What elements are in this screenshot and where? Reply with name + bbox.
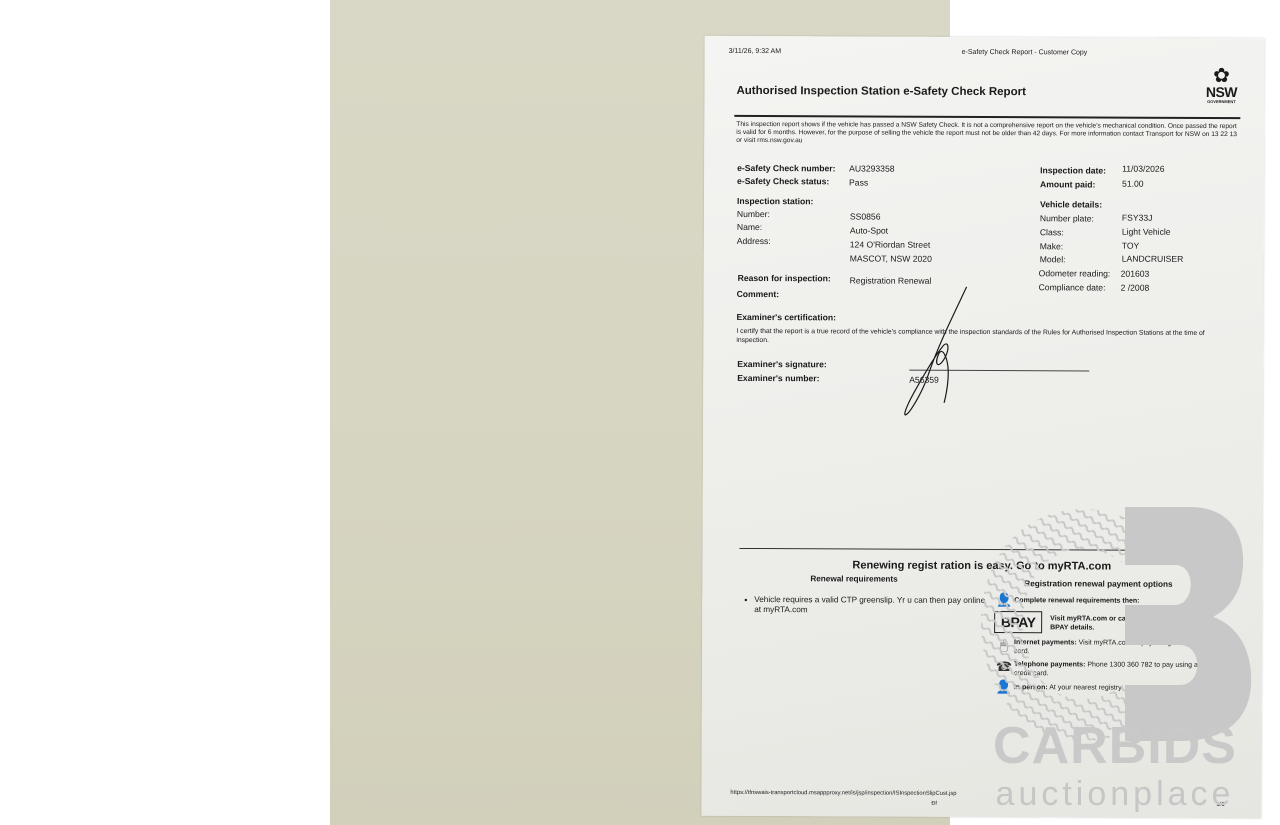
station-address-line1: 124 O'Riordan Street bbox=[850, 239, 931, 249]
certification-heading: Examiner's certification: bbox=[736, 312, 836, 322]
certification-text: I certify that the report is a true reco… bbox=[736, 328, 1206, 347]
amount-paid-value: 51.00 bbox=[1122, 179, 1144, 189]
check-status-label: e-Safety Check status: bbox=[737, 176, 829, 186]
class-value: Light Vehicle bbox=[1122, 227, 1171, 237]
print-datetime: 3/11/26, 9:32 AM bbox=[729, 48, 781, 55]
make-value: TOY bbox=[1122, 241, 1140, 251]
plate-label: Number plate: bbox=[1040, 213, 1094, 223]
compliance-value: 2 /2008 bbox=[1121, 283, 1150, 293]
print-header-title: e-Safety Check Report - Customer Copy bbox=[962, 49, 1088, 57]
vehicle-heading: Vehicle details: bbox=[1040, 199, 1102, 209]
report-title: Authorised Inspection Station e-Safety C… bbox=[736, 85, 1026, 98]
footer-mark: Đf bbox=[931, 801, 937, 807]
model-label: Model: bbox=[1040, 254, 1066, 264]
intro-text: This inspection report shows if the vehi… bbox=[736, 121, 1241, 147]
comment-label: Comment: bbox=[737, 289, 780, 299]
handwritten-signature bbox=[898, 285, 969, 420]
check-status-value: Pass bbox=[849, 177, 868, 187]
class-label: Class: bbox=[1040, 227, 1064, 237]
odometer-label: Odometer reading: bbox=[1039, 268, 1111, 278]
station-address-line2: MASCOT, NSW 2020 bbox=[850, 253, 932, 263]
renewal-requirements-heading: Renewal requirements bbox=[810, 574, 897, 583]
inspection-date-label: Inspection date: bbox=[1040, 165, 1106, 175]
bullet-icon: • bbox=[744, 595, 747, 605]
make-label: Make: bbox=[1040, 241, 1063, 251]
auctionplace-wordmark: auctionplace bbox=[977, 774, 1253, 814]
examiner-number-label: Examiner's number: bbox=[737, 373, 819, 383]
inspection-date-value: 11/03/2026 bbox=[1122, 164, 1164, 174]
station-number-value: SS0856 bbox=[850, 211, 881, 221]
odometer-value: 201603 bbox=[1121, 269, 1150, 279]
compliance-label: Compliance date: bbox=[1039, 282, 1106, 292]
station-name-value: Auto-Spot bbox=[850, 225, 888, 235]
document-photo: 3/11/26, 9:32 AM e-Safety Check Report -… bbox=[330, 0, 950, 825]
carbids-wordmark: CARBIDS bbox=[977, 718, 1253, 774]
footer-url: https://tfnswais-transportcloud.msapppro… bbox=[730, 790, 956, 797]
header-divider bbox=[734, 115, 1240, 119]
nsw-government-logo: ✿ NSW GOVERNMENT bbox=[1202, 66, 1240, 114]
reason-label: Reason for inspection: bbox=[738, 273, 831, 283]
model-value: LANDCRUISER bbox=[1122, 254, 1184, 264]
station-number-label: Number: bbox=[737, 209, 770, 219]
station-heading: Inspection station: bbox=[737, 196, 813, 206]
check-number-label: e-Safety Check number: bbox=[737, 163, 835, 173]
amount-paid-label: Amount paid: bbox=[1040, 179, 1095, 189]
plate-value: FSY33J bbox=[1122, 213, 1153, 223]
station-name-label: Name: bbox=[737, 222, 762, 232]
signature-label: Examiner's signature: bbox=[737, 359, 826, 369]
check-number-value: AU3293358 bbox=[849, 163, 894, 173]
renewal-requirement-item: Vehicle requires a valid CTP greenslip. … bbox=[754, 595, 989, 616]
station-address-label: Address: bbox=[737, 236, 771, 246]
